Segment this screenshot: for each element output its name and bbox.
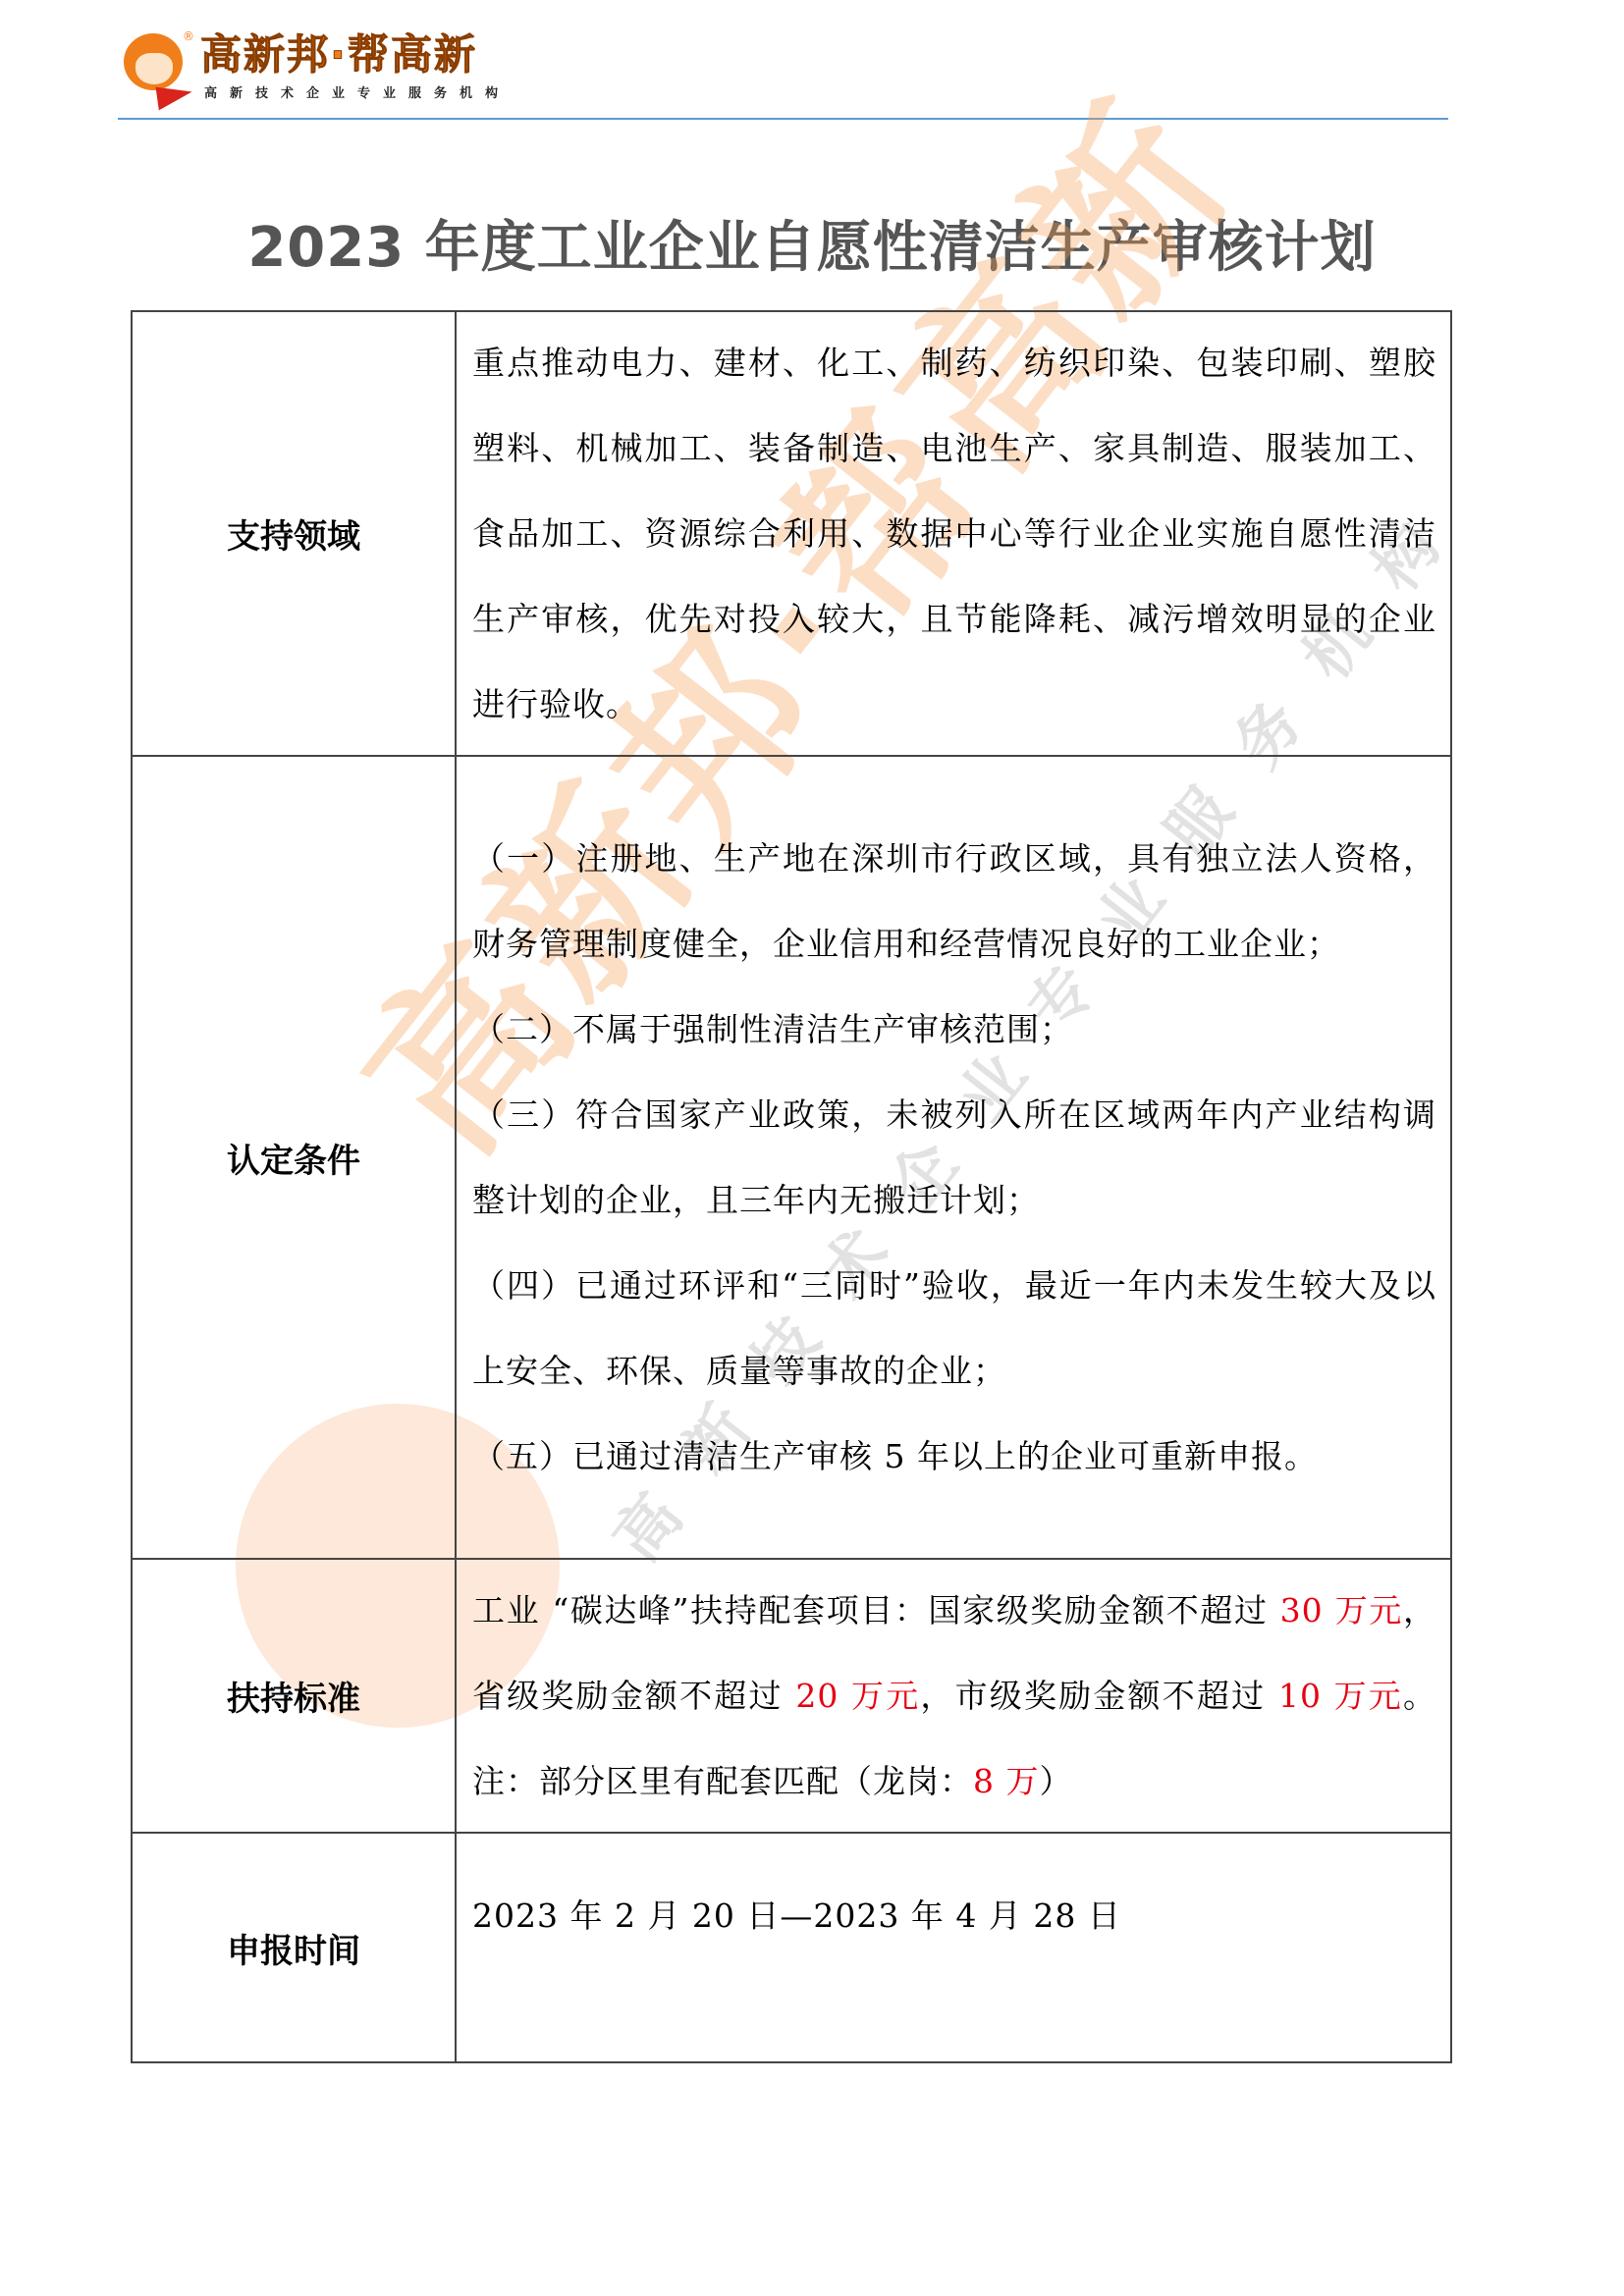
table-row-support-areas: 支持领域 重点推动电力、建材、化工、制药、纺织印染、包装印刷、塑胶塑料、机械加工… [132,311,1451,756]
subsidy-standard-text: 工业 “碳达峰”扶持配套项目：国家级奖励金额不超过 30 万元，省级奖励金额不超… [456,1559,1451,1833]
row-label: 支持领域 [132,311,456,756]
header-divider [118,118,1448,120]
longgang-amount: 8 万 [973,1762,1040,1800]
table-row-eligibility: 认定条件 （一）注册地、生产地在深圳市行政区域，具有独立法人资格，财务管理制度健… [132,756,1451,1559]
plan-table: 支持领域 重点推动电力、建材、化工、制药、纺织印染、包装印刷、塑胶塑料、机械加工… [131,310,1452,2063]
eligibility-item: （五）已通过清洁生产审核 5 年以上的企业可重新申报。 [472,1414,1436,1499]
row-label: 认定条件 [132,756,456,1559]
brand-logo: ® 高新邦·帮高新 高新技术企业专业服务机构 [118,29,511,110]
provincial-amount: 20 万元 [795,1677,920,1715]
registered-mark-icon: ® [183,29,194,43]
mascot-icon: ® [118,29,194,110]
table-row-subsidy-standard: 扶持标准 工业 “碳达峰”扶持配套项目：国家级奖励金额不超过 30 万元，省级奖… [132,1559,1451,1833]
text-segment: ，市级奖励金额不超过 [920,1677,1278,1715]
eligibility-item: （二）不属于强制性清洁生产审核范围； [472,987,1436,1072]
table-row-application-period: 申报时间 2023 年 2 月 20 日—2023 年 4 月 28 日 [132,1833,1451,2062]
row-label: 申报时间 [132,1833,456,2062]
eligibility-item: （一）注册地、生产地在深圳市行政区域，具有独立法人资格，财务管理制度健全，企业信… [472,816,1436,987]
eligibility-item: （三）符合国家产业政策，未被列入所在区域两年内产业结构调整计划的企业，且三年内无… [472,1072,1436,1243]
support-areas-text: 重点推动电力、建材、化工、制药、纺织印染、包装印刷、塑胶塑料、机械加工、装备制造… [456,311,1451,756]
document-title: 2023 年度工业企业自愿性清洁生产审核计划 [0,204,1624,283]
national-amount: 30 万元 [1280,1591,1403,1629]
text-segment: 工业 “碳达峰”扶持配套项目：国家级奖励金额不超过 [472,1591,1280,1629]
row-label: 扶持标准 [132,1559,456,1833]
municipal-amount: 10 万元 [1278,1677,1403,1715]
brand-tagline: 高新技术企业专业服务机构 [200,82,511,101]
eligibility-list: （一）注册地、生产地在深圳市行政区域，具有独立法人资格，财务管理制度健全，企业信… [456,756,1451,1559]
text-segment: ） [1040,1762,1073,1800]
eligibility-item: （四）已通过环评和“三同时”验收，最近一年内未发生较大及以上安全、环保、质量等事… [472,1243,1436,1414]
application-period-text: 2023 年 2 月 20 日—2023 年 4 月 28 日 [456,1833,1451,2062]
brand-name: 高新邦·帮高新 [200,29,511,80]
page-header: ® 高新邦·帮高新 高新技术企业专业服务机构 [118,29,1453,120]
